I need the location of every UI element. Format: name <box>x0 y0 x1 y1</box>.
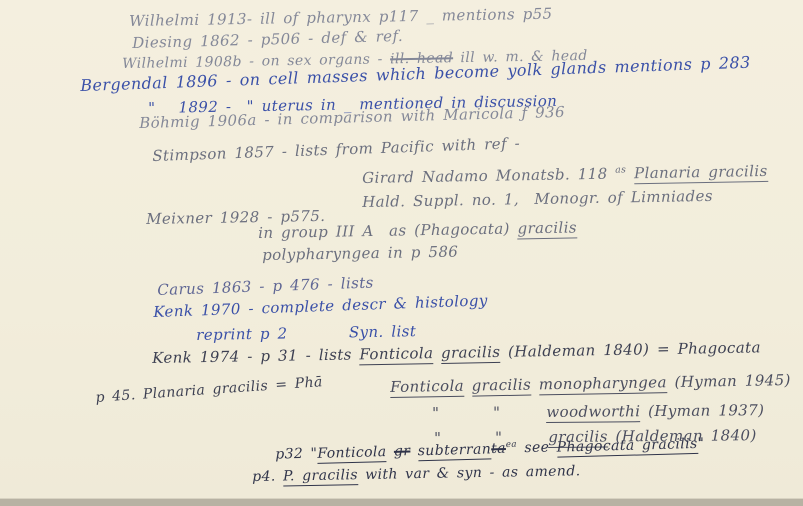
stimpson-1857-line: Stimpson 1857 - lists from Pacific with … <box>152 134 520 165</box>
diesing-1862-line: Diesing 1862 - p506 - def & ref. <box>132 27 403 52</box>
p45-planaria-line: p 45. Planaria gracilis = Phā <box>95 374 323 406</box>
girard-monatsb-line: Girard Nadamo Monatsb. 118 as Planaria g… <box>362 162 768 187</box>
carus-1863-line: Carus 1863 - p 476 - lists <box>157 273 374 299</box>
wilhelmi-1913-line: Wilhelmi 1913- ill of pharynx p117 _ men… <box>129 5 553 30</box>
kenk-reprint-line: reprint p 2 Syn. list <box>196 322 416 344</box>
polypharyngea-line: polypharyngea in p 586 <box>262 243 458 264</box>
p4-gracilis-line: p4. P. gracilis with var & syn - as amen… <box>252 463 581 485</box>
index-card: Wilhelmi 1913- ill of pharynx p117 _ men… <box>0 0 803 506</box>
card-bottom-edge <box>0 498 803 506</box>
fonticola-woodworthi-line: " " woodworthi (Hyman 1937) <box>432 401 764 422</box>
fonticola-monopharyngea-line: Fonticola gracilis monopharyngea (Hyman … <box>390 371 791 396</box>
hald-suppl-line: Hald. Suppl. no. 1, Monogr. of Limniades <box>362 187 713 211</box>
